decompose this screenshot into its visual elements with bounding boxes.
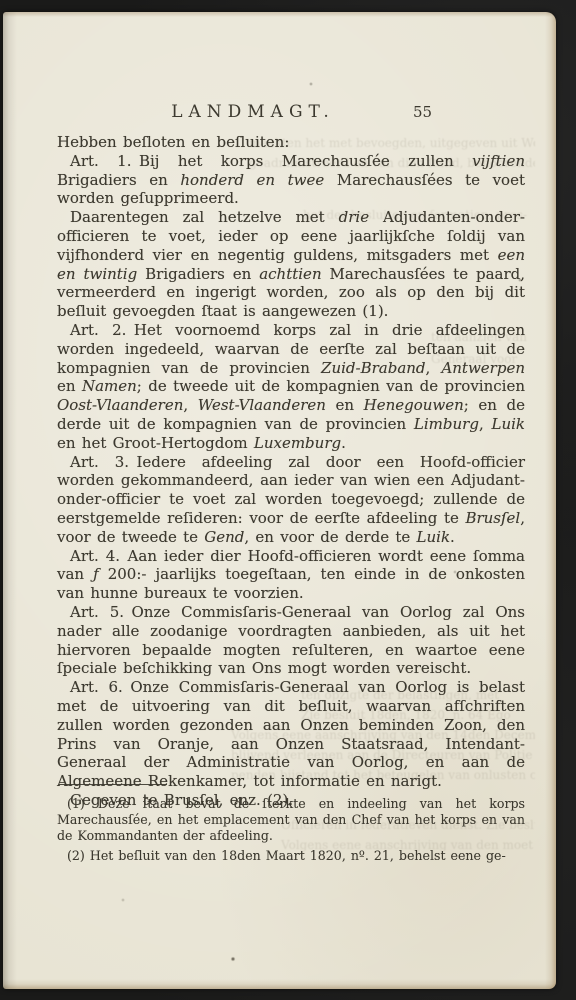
text-run: . [450,528,455,546]
paragraph: Art. 4. Aan ieder dier Hoofd-officieren … [57,547,525,603]
italic-text-run: Antwerpen [441,359,525,377]
paragraph: Hebben beſloten en beſluiten: [57,133,525,152]
text-run: 200:- jaarlijks toegeſtaan, ten einde in… [57,565,525,602]
text-run: Brigadiers en [137,265,259,283]
italic-text-run: Luik [417,528,451,546]
italic-text-run: Gend [204,528,244,546]
footnote-separator-rule [59,784,167,785]
paragraph: Art. 2. Het voornoemd korps zal in drie … [57,321,525,453]
text-run: (2) Het beſluit van den 18den Maart 1820… [67,848,506,863]
text-run: Daarentegen zal hetzelve met [70,208,339,226]
text-run: Brigadiers en [57,171,180,189]
text-run: ; de tweede uit de kompagnien van de pro… [137,377,525,395]
text-run: , [479,415,492,433]
paragraph: Art. 5. Onze Commisſaris-Generaal van Oo… [57,603,525,678]
text-run: Art. 6. Onze Commisſaris-Generaal van Oo… [57,678,525,790]
text-run: (1) Deze ſtaat bevat de ſterkte en indee… [57,796,525,843]
text-run: en het Groot-Hertogdom [57,434,254,452]
footnotes: (1) Deze ſtaat bevat de ſterkte en indee… [57,796,525,868]
italic-text-run: West-Vlaanderen [198,396,326,414]
italic-text-run: Luik [491,415,525,433]
book-page: maakten het met bevoegden, uitgegeven ui… [3,12,556,989]
text-run: Art. 1. Bij het korps Marechausſée zulle… [70,152,472,170]
italic-text-run: Henegouwen [364,396,464,414]
running-header-title: LANDMAGT. [131,102,375,122]
text-run: en [57,377,82,395]
text-run: Art. 5. Onze Commisſaris-Generaal van Oo… [57,603,525,677]
italic-text-run: Namen [82,377,137,395]
text-run: , [426,359,442,377]
paragraph: Art. 1. Bij het korps Marechausſée zulle… [57,152,525,208]
page-number: 55 [413,103,432,121]
text-run: , en voor de derde te [244,528,416,546]
italic-text-run: Zuid-Braband [321,359,426,377]
footnote: (1) Deze ſtaat bevat de ſterkte en indee… [57,796,525,844]
text-run: en [326,396,364,414]
italic-text-run: Brusſel [465,509,520,527]
italic-text-run: Oost-Vlaanderen [57,396,183,414]
scan-root: maakten het met bevoegden, uitgegeven ui… [0,0,576,1000]
paragraph: Art. 3. Iedere afdeeling zal door een Ho… [57,453,525,547]
scan-background: { "colors": { "bg": "#1a1a19", "paper": … [0,0,576,1000]
italic-text-run: Limburg [414,415,479,433]
italic-text-run: Luxemburg [254,434,341,452]
text-run: Art. 3. Iedere afdeeling zal door een Ho… [57,453,525,527]
italic-text-run: vijftien [472,152,525,170]
italic-text-run: honderd en twee [180,171,324,189]
paragraph: Art. 6. Onze Commisſaris-Generaal van Oo… [57,678,525,791]
text-run: . [341,434,346,452]
text-run: , [183,396,197,414]
page-body: Hebben beſloten en beſluiten:Art. 1. Bij… [57,133,525,810]
italic-text-run: drie [339,208,369,226]
footnote: (2) Het beſluit van den 18den Maart 1820… [57,848,525,864]
paragraph: Daarentegen zal hetzelve met drie Adjuda… [57,208,525,321]
italic-text-run: achttien [259,265,321,283]
text-run: Hebben beſloten en beſluiten: [57,133,289,151]
